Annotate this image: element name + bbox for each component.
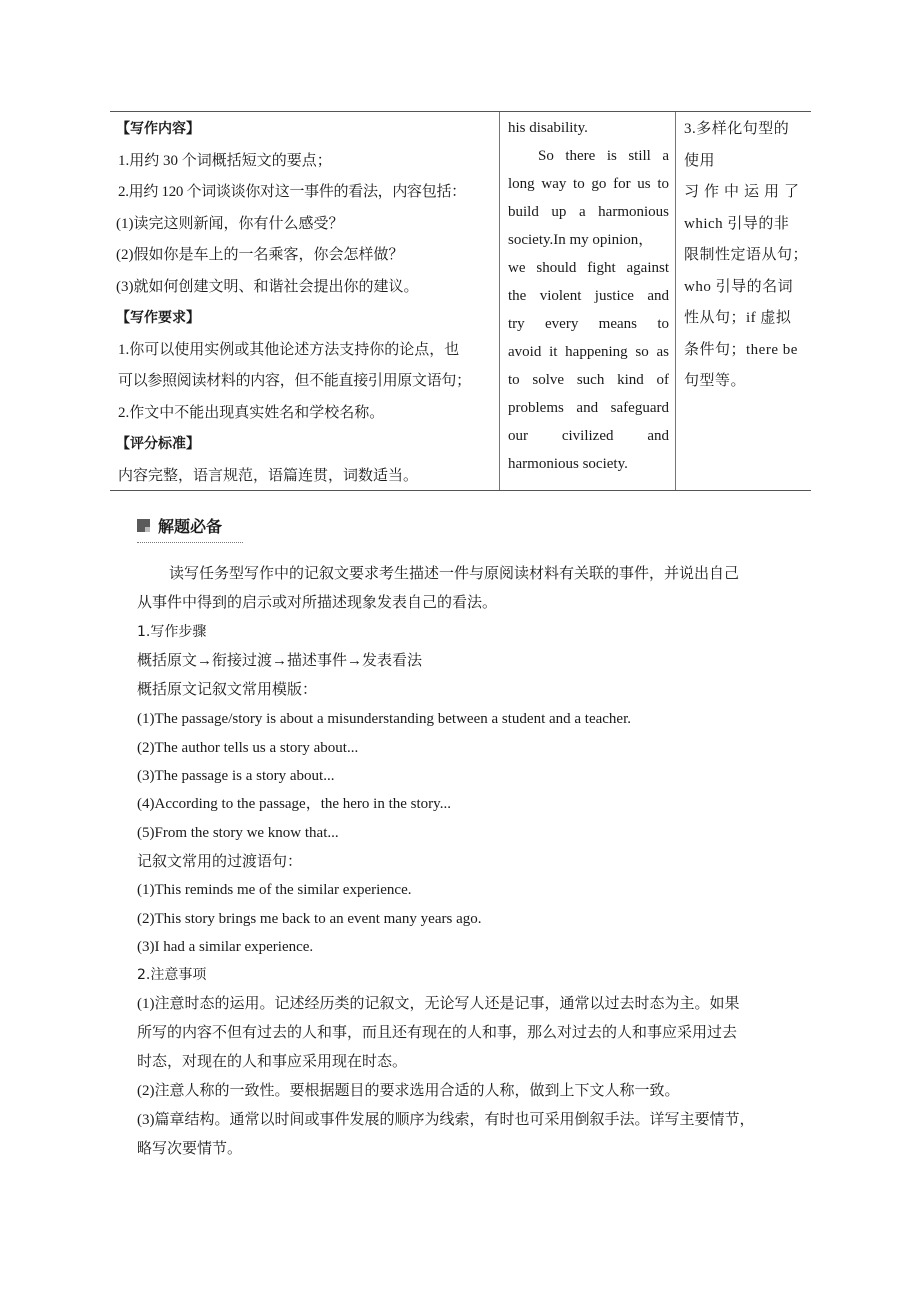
requirements-heading: 【写作要求】 [116, 303, 499, 335]
essay-line: So there is still a [508, 142, 669, 170]
steps-heading: 1.写作步骤 [137, 618, 787, 647]
notes-heading: 2.注意事项 [137, 961, 787, 990]
intro-paragraph: 读写任务型写作中的记叙文要求考生描述一件与原阅读材料有关联的事件，并说出自己 [137, 560, 787, 589]
essay-line: harmonious society. [508, 450, 669, 478]
note-line: 限制性定语从句； [684, 240, 807, 272]
content-heading: 【写作内容】 [116, 114, 499, 146]
section-body: 读写任务型写作中的记叙文要求考生描述一件与原阅读材料有关联的事件，并说出自己 从… [137, 560, 787, 1164]
section-title: 解题必备 [158, 514, 222, 537]
notes-line: 时态，对现在的人和事应采用现在时态。 [137, 1048, 787, 1077]
note-line: who 引导的名词 [684, 272, 807, 304]
scoring-heading: 【评分标准】 [116, 429, 499, 461]
notes-line: (1)注意时态的运用。记述经历类的记叙文，无论写人还是记事，通常以过去时态为主。… [137, 990, 787, 1019]
note-line: 性从句；if 虚拟 [684, 303, 807, 335]
essay-line: build up a harmonious [508, 198, 669, 226]
essay-line: avoid it happening so as [508, 338, 669, 366]
transition-heading: 记叙文常用的过渡语句： [137, 848, 787, 876]
sample-essay-cell: his disability. So there is still a long… [499, 112, 675, 490]
content-item: 1.用约 30 个词概括短文的要点； [116, 146, 499, 178]
section-heading: 解题必备 [137, 514, 243, 543]
template-item: (1)The passage/story is about a misunder… [137, 705, 787, 734]
content-item: (2)假如你是车上的一名乘客，你会怎样做？ [116, 240, 499, 272]
template-item: (4)According to the passage，the hero in … [137, 790, 787, 819]
requirements-item: 可以参照阅读材料的内容，但不能直接引用原文语句； [116, 366, 499, 398]
requirements-item: 2.作文中不能出现真实姓名和学校名称。 [116, 398, 499, 430]
content-item: (1)读完这则新闻，你有什么感受？ [116, 209, 499, 241]
note-line: which 引导的非 [684, 209, 807, 241]
template-item: (5)From the story we know that... [137, 819, 787, 848]
writing-task-table: 【写作内容】 1.用约 30 个词概括短文的要点； 2.用约 120 个词谈谈你… [110, 111, 811, 491]
task-requirements-cell: 【写作内容】 1.用约 30 个词概括短文的要点； 2.用约 120 个词谈谈你… [110, 112, 499, 490]
intro-paragraph: 从事件中得到的启示或对所描述现象发表自己的看法。 [137, 589, 787, 618]
note-line: 使用 [684, 146, 807, 178]
notes-line: 略写次要情节。 [137, 1135, 787, 1164]
content-item: (3)就如何创建文明、和谐社会提出你的建议。 [116, 272, 499, 304]
essay-line: problems and safeguard [508, 394, 669, 422]
essay-line: to solve such kind of [508, 366, 669, 394]
essay-line: his disability. [508, 114, 669, 142]
transition-item: (3)I had a similar experience. [137, 933, 787, 961]
template-item: (3)The passage is a story about... [137, 762, 787, 790]
essay-line: society.In my opinion， [508, 226, 669, 254]
requirements-item: 1.你可以使用实例或其他论述方法支持你的论点，也 [116, 335, 499, 367]
essay-line: long way to go for us to [508, 170, 669, 198]
transition-item: (2)This story brings me back to an event… [137, 905, 787, 933]
note-line: 条件句；there be [684, 335, 807, 367]
notes-line: (2)注意人称的一致性。要根据题目的要求选用合适的人称，做到上下文人称一致。 [137, 1077, 787, 1106]
template-heading: 概括原文记叙文常用模版： [137, 676, 787, 705]
notes-line: 所写的内容不但有过去的人和事，而且还有现在的人和事，那么对过去的人和事应采用过去 [137, 1019, 787, 1048]
template-item: (2)The author tells us a story about... [137, 734, 787, 762]
note-line: 3.多样化句型的 [684, 114, 807, 146]
essay-line: try every means to [508, 310, 669, 338]
section-square-icon [137, 519, 150, 532]
note-line: 句型等。 [684, 366, 807, 398]
steps-flow: 概括原文→衔接过渡→描述事件→发表看法 [137, 647, 787, 676]
content-item: 2.用约 120 个词谈谈你对这一事件的看法，内容包括： [116, 177, 499, 209]
note-line: 习作中运用了 [684, 177, 807, 209]
essay-line: we should fight against [508, 254, 669, 282]
transition-item: (1)This reminds me of the similar experi… [137, 876, 787, 905]
essay-line: our civilized and [508, 422, 669, 450]
notes-line: (3)篇章结构。通常以时间或事件发展的顺序为线索，有时也可采用倒叙手法。详写主要… [137, 1106, 787, 1135]
highlight-notes-cell: 3.多样化句型的 使用 习作中运用了 which 引导的非 限制性定语从句； w… [675, 112, 811, 490]
essay-line: the violent justice and [508, 282, 669, 310]
scoring-item: 内容完整，语言规范，语篇连贯，词数适当。 [116, 461, 499, 493]
